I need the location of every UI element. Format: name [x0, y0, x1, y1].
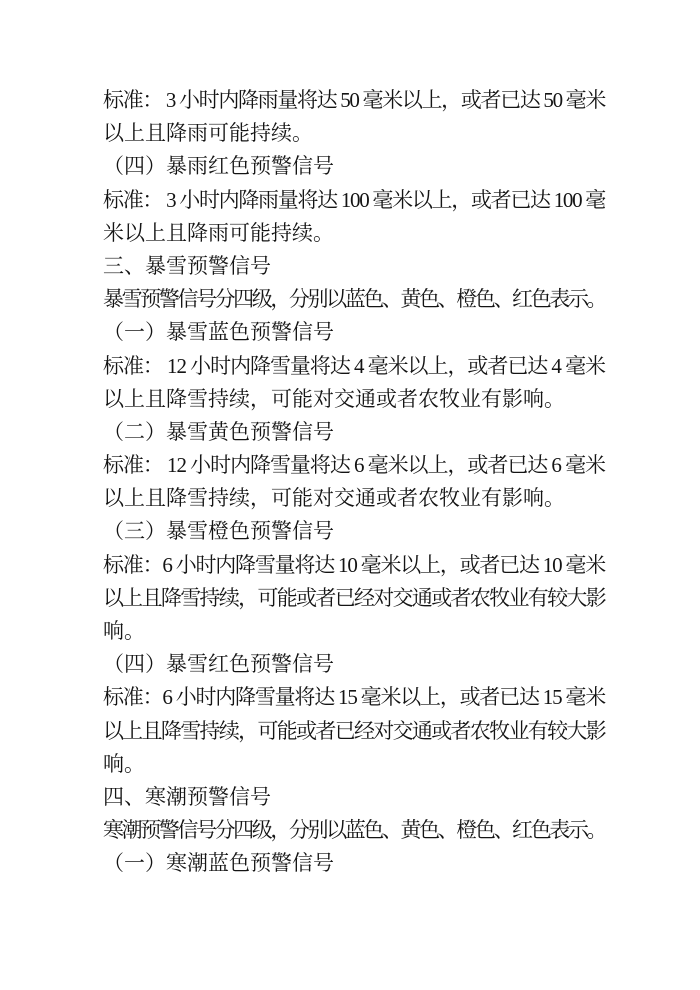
- text-line: 标准： 12 小时内降雪量将达 4 毫米以上，或者已达 4 毫米: [103, 350, 605, 383]
- text-line: （二）暴雪黄色预警信号: [103, 416, 605, 449]
- text-line: 寒潮预警信号分四级，分别以蓝色、黄色、橙色、红色表示。: [103, 814, 605, 847]
- document-text-block: 标准： 3 小时内降雨量将达 50 毫米以上，或者已达 50 毫米以上且降雨可能…: [103, 84, 605, 881]
- text-line: 响。: [103, 615, 605, 648]
- text-line: 以上且降雪持续，可能对交通或者农牧业有影响。: [103, 482, 605, 515]
- text-line: （一）暴雪蓝色预警信号: [103, 316, 605, 349]
- text-line: 四、寒潮预警信号: [103, 781, 605, 814]
- text-line: （一）寒潮蓝色预警信号: [103, 847, 605, 880]
- text-line: 标准：6 小时内降雪量将达 10 毫米以上，或者已达 10 毫米: [103, 549, 605, 582]
- document-page: 标准： 3 小时内降雨量将达 50 毫米以上，或者已达 50 毫米以上且降雨可能…: [0, 0, 700, 990]
- text-line: 三、暴雪预警信号: [103, 250, 605, 283]
- text-line: 以上且降雪持续，可能对交通或者农牧业有影响。: [103, 383, 605, 416]
- text-line: 暴雪预警信号分四级，分别以蓝色、黄色、橙色、红色表示。: [103, 283, 605, 316]
- text-line: 以上且降雨可能持续。: [103, 117, 605, 150]
- text-line: 响。: [103, 748, 605, 781]
- text-line: 标准： 3 小时内降雨量将达 50 毫米以上，或者已达 50 毫米: [103, 84, 605, 117]
- text-line: 标准： 3 小时内降雨量将达 100 毫米以上，或者已达 100 毫: [103, 184, 605, 217]
- text-line: （四）暴雨红色预警信号: [103, 150, 605, 183]
- text-line: 以上且降雪持续，可能或者已经对交通或者农牧业有较大影: [103, 715, 605, 748]
- text-line: 标准：6 小时内降雪量将达 15 毫米以上，或者已达 15 毫米: [103, 681, 605, 714]
- text-line: （三）暴雪橙色预警信号: [103, 515, 605, 548]
- text-line: （四）暴雪红色预警信号: [103, 648, 605, 681]
- text-line: 标准： 12 小时内降雪量将达 6 毫米以上，或者已达 6 毫米: [103, 449, 605, 482]
- text-line: 以上且降雪持续，可能或者已经对交通或者农牧业有较大影: [103, 582, 605, 615]
- text-line: 米以上且降雨可能持续。: [103, 217, 605, 250]
